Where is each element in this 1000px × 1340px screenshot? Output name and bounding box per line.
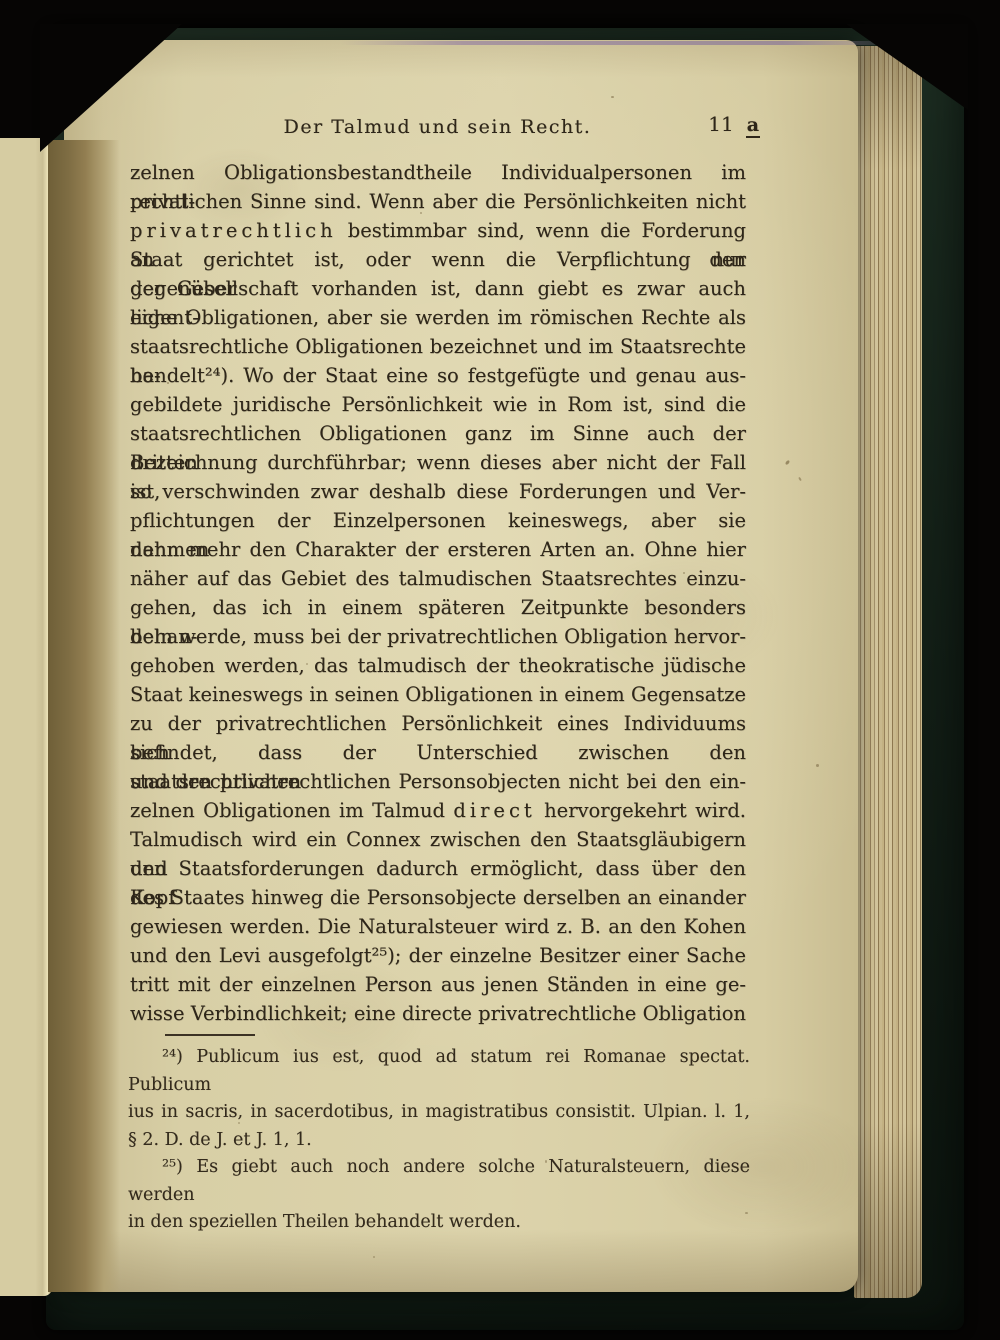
footnote-line: in den speziellen Theilen behandelt werd… [128,1209,750,1237]
text-line: wisse Verbindlichkeit; eine directe priv… [130,999,746,1028]
text-line: zelnen Obligationsbestandtheile Individu… [130,158,746,187]
page-number: 11a [640,112,760,136]
footnote-line: ²⁴) Publicum ius est, quod ad statum rei… [128,1044,750,1099]
gutter-shadow [48,140,120,1292]
paper-speck [373,1256,375,1258]
footnotes: ²⁴) Publicum ius est, quod ad statum rei… [128,1044,750,1237]
footnote-line: § 2. D. de J. et J. 1, 1. [128,1127,750,1155]
text-line: des Staates hinweg die Personsobjecte de… [130,883,746,912]
text-line: privatrechtlich bestimmbar sind, wenn di… [130,216,746,245]
paper-speck [545,1160,547,1163]
paper-speck [816,764,819,767]
text-line: so verschwinden zwar deshalb diese Forde… [130,477,746,506]
paper-speck [238,1122,240,1124]
paper-speck [167,382,169,384]
paper-speck [420,212,422,214]
text-line: gehen, das ich in einem späteren Zeitpun… [130,593,746,622]
text-line: handelt²⁴). Wo der Staat eine so festgef… [130,361,746,390]
text-line: staatsrechtliche Obligationen bezeichnet… [130,332,746,361]
text-line: den Staatsforderungen dadurch ermöglicht… [130,854,746,883]
paper-speck [306,663,308,665]
text-line: staatsrechtlichen Obligationen ganz im S… [130,419,746,448]
letterspaced-word: privatrechtlich [130,219,337,242]
text-line: zelnen Obligationen im Talmud direct her… [130,796,746,825]
text-line: liche Obligationen, aber sie werden im r… [130,303,746,332]
text-line: Bezeichnung durchführbar; wenn dieses ab… [130,448,746,477]
body-text: zelnen Obligationsbestandtheile Individu… [130,158,746,1028]
text-line: und den Levi ausgefolgt²⁵); der einzelne… [130,941,746,970]
text-line: gewiesen werden. Die Naturalsteuer wird … [130,912,746,941]
paper-speck [611,96,614,98]
text-line: der Gesellschaft vorhanden ist, dann gie… [130,274,746,303]
page-number-value: 11 [708,112,733,136]
footnote-rule [165,1034,255,1036]
page-top-edge [340,41,908,45]
text-line: Talmudisch wird ein Connex zwischen den … [130,825,746,854]
text-line: deln werde, muss bei der privatrechtlich… [130,622,746,651]
text-line: Staat keineswegs in seinen Obligationen … [130,680,746,709]
text-line: befindet, dass der Unterschied zwischen … [130,738,746,767]
letterspaced-word: direct [453,799,535,822]
text-line: tritt mit der einzelnen Person aus jenen… [130,970,746,999]
text-line: dann mehr den Charakter der ersteren Art… [130,535,746,564]
facing-page-edge [0,138,52,1296]
text-line: gebildete juridische Persönlichkeit wie … [130,390,746,419]
text-line: Staat gerichtet ist, oder wenn die Verpf… [130,245,746,274]
footnote-line: ²⁵) Es giebt auch noch andere solche Nat… [128,1154,750,1209]
footnote-line: ius in sacris, in sacerdotibus, in magis… [128,1099,750,1127]
page-edge-stack [854,46,922,1298]
text-line: zu der privatrechtlichen Persönlichkeit … [130,709,746,738]
text-line: pflichtungen der Einzelpersonen keineswe… [130,506,746,535]
text-line: näher auf das Gebiet des talmudischen St… [130,564,746,593]
text-line: rechtlichen Sinne sind. Wenn aber die Pe… [130,187,746,216]
folio-letter: a [746,114,760,138]
paper-speck [683,572,685,574]
text-line: und den privatrechtlichen Personsobjecte… [130,767,746,796]
paper-speck [745,1212,748,1214]
text-line: gehoben werden, das talmudisch der theok… [130,651,746,680]
book-scan-photo: Der Talmud und sein Recht. 11a zelnen Ob… [0,0,1000,1340]
